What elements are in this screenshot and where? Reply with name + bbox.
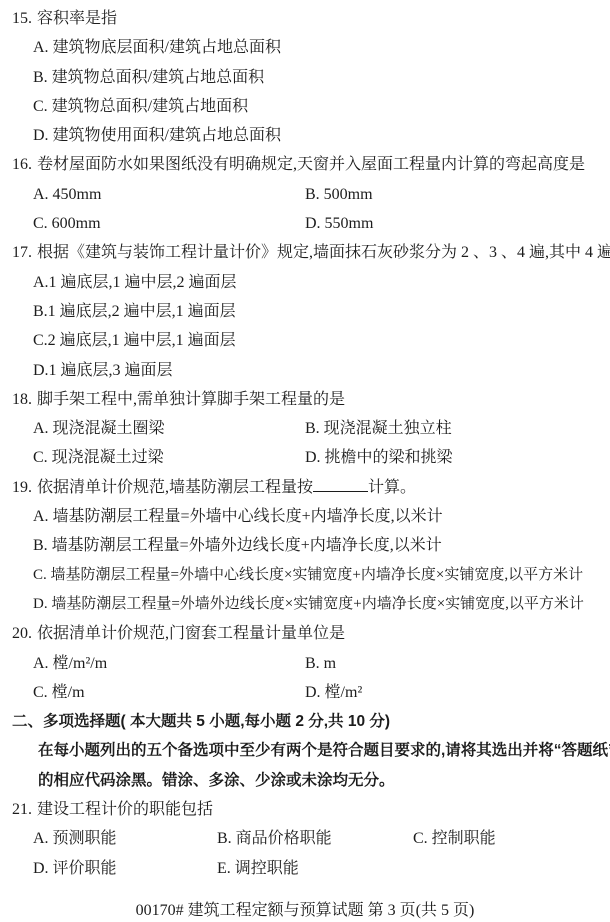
option-label: D. 墙基防潮层工程量=外墙外边线长度×实铺宽度+内墙净长度×实铺宽度,以平方米…: [33, 596, 584, 612]
question-text: 脚手架工程中,需单独计算脚手架工程量的是: [37, 391, 345, 408]
question-number: 15.: [12, 10, 32, 27]
option-20-d: D. 樘/m²: [305, 684, 362, 701]
option-21-d: D. 评价职能: [33, 854, 217, 883]
question-20-stem: 20.依据清单计价规范,门窗套工程量计量单位是: [0, 619, 610, 648]
section-2-instruction-line-1: 在每小题列出的五个备选项中至少有两个是符合题目要求的,请将其选出并将“答题纸”: [0, 736, 610, 765]
option-20-c: C. 樘/m: [33, 678, 305, 707]
option-label: C. 墙基防潮层工程量=外墙中心线长度×实铺宽度+内墙净长度×实铺宽度,以平方米…: [33, 567, 583, 583]
question-15: 15.容积率是指 A. 建筑物底层面积/建筑占地总面积 B. 建筑物总面积/建筑…: [0, 4, 610, 150]
option-20-a: A. 樘/m²/m: [33, 649, 305, 678]
option-21-c: C. 控制职能: [413, 830, 496, 847]
question-text: 建设工程计价的职能包括: [37, 801, 213, 818]
question-16-stem: 16.卷材屋面防水如果图纸没有明确规定,天窗并入屋面工程量内计算的弯起高度是: [0, 150, 610, 179]
option-21-b: B. 商品价格职能: [217, 824, 413, 853]
option-label: A. 建筑物底层面积/建筑占地总面积: [33, 39, 281, 56]
option-row: C. 樘/mD. 樘/m²: [0, 678, 610, 707]
option-row: D. 评价职能E. 调控职能: [0, 854, 610, 883]
page-footer: 00170# 建筑工程定额与预算试题 第 3 页(共 5 页): [0, 896, 610, 922]
question-21: 21.建设工程计价的职能包括 A. 预测职能B. 商品价格职能C. 控制职能 D…: [0, 795, 610, 883]
option-21-a: A. 预测职能: [33, 824, 217, 853]
option-21-e: E. 调控职能: [217, 854, 413, 883]
question-text-after-blank: 计算。: [368, 479, 416, 496]
option-label: B. 建筑物总面积/建筑占地总面积: [33, 69, 264, 86]
option-15-b: B. 建筑物总面积/建筑占地总面积: [0, 63, 610, 92]
option-label: B. 墙基防潮层工程量=外墙外边线长度+内墙净长度,以米计: [33, 537, 442, 554]
option-label: C.2 遍底层,1 遍中层,1 遍面层: [33, 332, 236, 349]
option-row: C. 600mmD. 550mm: [0, 209, 610, 238]
option-18-d: D. 挑檐中的梁和挑梁: [305, 449, 453, 466]
option-17-c: C.2 遍底层,1 遍中层,1 遍面层: [0, 326, 610, 355]
question-17-stem: 17.根据《建筑与装饰工程计量计价》规定,墙面抹石灰砂浆分为 2 、3 、4 遍…: [0, 238, 610, 267]
question-20: 20.依据清单计价规范,门窗套工程量计量单位是 A. 樘/m²/mB. m C.…: [0, 619, 610, 707]
question-text: 容积率是指: [37, 10, 117, 27]
option-16-c: C. 600mm: [33, 209, 305, 238]
option-label: D.1 遍底层,3 遍面层: [33, 362, 173, 379]
option-18-a: A. 现浇混凝土圈梁: [33, 414, 305, 443]
question-number: 19.: [12, 479, 32, 496]
question-16: 16.卷材屋面防水如果图纸没有明确规定,天窗并入屋面工程量内计算的弯起高度是 A…: [0, 150, 610, 238]
question-19: 19.依据清单计价规范,墙基防潮层工程量按计算。 A. 墙基防潮层工程量=外墙中…: [0, 473, 610, 619]
question-number: 20.: [12, 625, 32, 642]
option-17-d: D.1 遍底层,3 遍面层: [0, 356, 610, 385]
option-label: A.1 遍底层,1 遍中层,2 遍面层: [33, 274, 237, 291]
option-17-a: A.1 遍底层,1 遍中层,2 遍面层: [0, 268, 610, 297]
option-row: A. 450mmB. 500mm: [0, 180, 610, 209]
option-15-d: D. 建筑物使用面积/建筑占地总面积: [0, 121, 610, 150]
option-19-d: D. 墙基防潮层工程量=外墙外边线长度×实铺宽度+内墙净长度×实铺宽度,以平方米…: [0, 590, 610, 619]
option-16-b: B. 500mm: [305, 186, 373, 203]
question-15-stem: 15.容积率是指: [0, 4, 610, 33]
section-2-instruction-line-2: 的相应代码涂黑。错涂、多涂、少涂或未涂均无分。: [0, 766, 610, 795]
question-text-before-blank: 依据清单计价规范,墙基防潮层工程量按: [37, 479, 313, 496]
option-15-a: A. 建筑物底层面积/建筑占地总面积: [0, 33, 610, 62]
question-18-stem: 18.脚手架工程中,需单独计算脚手架工程量的是: [0, 385, 610, 414]
question-number: 18.: [12, 391, 32, 408]
section-2-title: 二、多项选择题( 本大题共 5 小题,每小题 2 分,共 10 分): [0, 707, 610, 736]
option-19-b: B. 墙基防潮层工程量=外墙外边线长度+内墙净长度,以米计: [0, 531, 610, 560]
option-row: A. 樘/m²/mB. m: [0, 649, 610, 678]
question-number: 21.: [12, 801, 32, 818]
option-label: B.1 遍底层,2 遍中层,1 遍面层: [33, 303, 236, 320]
question-number: 17.: [12, 244, 32, 261]
option-15-c: C. 建筑物总面积/建筑占地面积: [0, 92, 610, 121]
option-17-b: B.1 遍底层,2 遍中层,1 遍面层: [0, 297, 610, 326]
option-row: A. 现浇混凝土圈梁B. 现浇混凝土独立柱: [0, 414, 610, 443]
option-label: A. 墙基防潮层工程量=外墙中心线长度+内墙净长度,以米计: [33, 508, 443, 525]
option-20-b: B. m: [305, 655, 336, 672]
option-18-b: B. 现浇混凝土独立柱: [305, 420, 452, 437]
option-label: C. 建筑物总面积/建筑占地面积: [33, 98, 248, 115]
question-text: 依据清单计价规范,门窗套工程量计量单位是: [37, 625, 345, 642]
option-row: C. 现浇混凝土过梁D. 挑檐中的梁和挑梁: [0, 443, 610, 472]
option-19-c: C. 墙基防潮层工程量=外墙中心线长度×实铺宽度+内墙净长度×实铺宽度,以平方米…: [0, 561, 610, 590]
question-text: 卷材屋面防水如果图纸没有明确规定,天窗并入屋面工程量内计算的弯起高度是: [37, 156, 585, 173]
section-2: 二、多项选择题( 本大题共 5 小题,每小题 2 分,共 10 分) 在每小题列…: [0, 707, 610, 795]
question-21-stem: 21.建设工程计价的职能包括: [0, 795, 610, 824]
option-16-d: D. 550mm: [305, 215, 373, 232]
option-label: D. 建筑物使用面积/建筑占地总面积: [33, 127, 281, 144]
question-17: 17.根据《建筑与装饰工程计量计价》规定,墙面抹石灰砂浆分为 2 、3 、4 遍…: [0, 238, 610, 384]
question-number: 16.: [12, 156, 32, 173]
option-18-c: C. 现浇混凝土过梁: [33, 443, 305, 472]
question-18: 18.脚手架工程中,需单独计算脚手架工程量的是 A. 现浇混凝土圈梁B. 现浇混…: [0, 385, 610, 473]
question-19-stem: 19.依据清单计价规范,墙基防潮层工程量按计算。: [0, 473, 610, 502]
fill-in-blank-underline: [313, 478, 368, 492]
option-19-a: A. 墙基防潮层工程量=外墙中心线长度+内墙净长度,以米计: [0, 502, 610, 531]
option-row: A. 预测职能B. 商品价格职能C. 控制职能: [0, 824, 610, 853]
question-text: 根据《建筑与装饰工程计量计价》规定,墙面抹石灰砂浆分为 2 、3 、4 遍,其中…: [37, 244, 610, 261]
option-16-a: A. 450mm: [33, 180, 305, 209]
